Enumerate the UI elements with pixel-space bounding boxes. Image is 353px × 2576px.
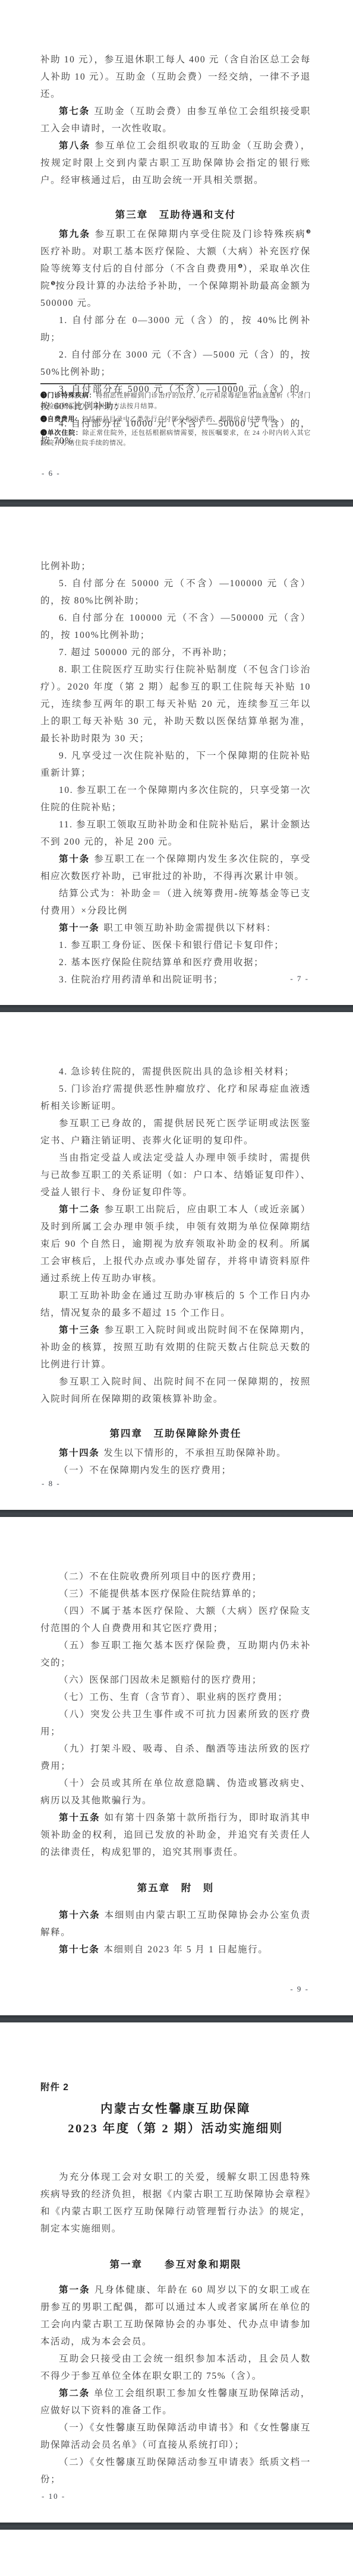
paragraph: 1. 参互职工身份证、医保卡和银行借记卡复印件；: [40, 937, 311, 954]
footnote-divider: [40, 383, 237, 384]
page-separator: [0, 500, 353, 507]
paragraph: 结算公式为：补助金＝（进入统筹费用-统筹基金等已支付费用）×分段比例: [40, 885, 311, 919]
chapter-heading: 第五章 附 则: [40, 1880, 311, 1897]
document-page-9: （二）不在住院收费所列项目中的医疗费用；（三）不能提供基本医疗保险住院结算单的；…: [0, 1517, 353, 2015]
paragraph: 补助 10 元），参互退休职工每人 400 元（含自治区总工会每人补助 10 元…: [40, 51, 311, 103]
paragraph: 1. 自付部分在 0—3000 元（含）的，按 40%比例补助；: [40, 312, 311, 346]
article-lead: 第八条: [59, 141, 90, 151]
paragraph: 为充分体现工会对女职工的关爱，缓解女职工因患特殊疾病导致的经济负担，根据《内蒙古…: [40, 2169, 311, 2237]
footnote-term: ❹自费费用：: [40, 416, 82, 423]
paragraph: （四）不属于基本医疗保险、大额（大病）医疗保险支付范围的个人自费费用和其它医疗费…: [40, 1603, 311, 1637]
paragraph: （五）参互职工拖欠基本医疗保险费，互助期内仍未补交的；: [40, 1637, 311, 1671]
page-separator: [0, 1005, 353, 1012]
page-number: - 6 -: [42, 469, 61, 478]
paragraph: 参互职工已身故的，需提供居民死亡医学证明或法医鉴定书、户籍注销证明、丧葬火化证明…: [40, 1115, 311, 1149]
paragraph: 第二条单位工会组织职工参加女性馨康互助保障活动，应做好以下资料的准备工作。: [40, 2385, 311, 2419]
paragraph: （六）医保部门因故未足额赔付的医疗费用；: [40, 1671, 311, 1689]
document-title: 内蒙古女性馨康互助保障: [40, 2100, 311, 2119]
paragraph: （九）打架斗殴、吸毒、自杀、酗酒等违法所致的医疗费用；: [40, 1740, 311, 1775]
chapter-heading: 第四章 互助保障除外责任: [40, 1426, 311, 1443]
paragraph: 11. 参互职工领取互助补助金和住院补贴后，累计金额达不到 200 元的，补足 …: [40, 816, 311, 851]
paragraph: 3. 住院治疗用药清单和出院证明书；: [40, 971, 311, 988]
paragraph: （七）工伤、生育（含节育）、职业病的医疗费用；: [40, 1689, 311, 1706]
footnote-ref: ❺: [51, 280, 55, 286]
paragraph: 第十三条参互职工入院时间或出院时间不在保障期内，补助金的核算，按照互助有效期的住…: [40, 1322, 311, 1373]
paragraph: 第十七条本细则自 2023 年 5 月 1 日起施行。: [40, 1941, 311, 1958]
paragraph: 第十条参互职工在一个保障期内发生多次住院的，享受相应次数医疗补助，已审批过的补助…: [40, 851, 311, 885]
paragraph: 第十二条参互职工出院后，应由职工本人（或近亲属）及时到所属工会办理申领手续，申领…: [40, 1201, 311, 1287]
article-lead: 第七条: [59, 106, 90, 116]
footnote-term: ❸门诊特殊疾病：: [40, 392, 96, 399]
chapter-heading: 第三章 互助待遇和支付: [40, 207, 311, 224]
paragraph: 5. 门诊治疗需提供恶性肿瘤放疗、化疗和尿毒症血液透析相关诊断证明。: [40, 1080, 311, 1115]
page-separator: [0, 1510, 353, 1517]
paragraph: 第十四条发生以下情形的，不承担互助保障补助。: [40, 1445, 311, 1462]
document-page-10: 附件 2内蒙古女性馨康互助保障2023 年度（第 2 期）活动实施细则为充分体现…: [0, 2022, 353, 2523]
document-viewer: 补助 10 元），参互退休职工每人 400 元（含自治区总工会每人补助 10 元…: [0, 0, 353, 2576]
page-separator: [0, 2523, 353, 2530]
paragraph: 4. 急诊转住院的，需提供医院出具的急诊相关材料；: [40, 1063, 311, 1080]
paragraph: 第九条参互职工在保障期内享受住院及门诊特殊疾病❸医疗补助。对职工基本医疗保险、大…: [40, 226, 311, 312]
paragraph: （一）不在保障期内发生的医疗费用；: [40, 1462, 311, 1479]
paragraph: 2. 自付部分在 3000 元（不含）—5000 元（含）的，按 50%比例补助…: [40, 346, 311, 381]
paragraph: 第十六条本细则由内蒙古职工互助保障协会办公室负责解释。: [40, 1907, 311, 1941]
article-lead: 第十条: [59, 854, 90, 864]
article-lead: 第十一条: [59, 923, 99, 933]
article-lead: 第十四条: [59, 1448, 99, 1458]
paragraph: 互助会只接受由工会统一组织参加本活动，且会员人数不得少于参互单位全体在职女职工的…: [40, 2350, 311, 2385]
footnote-ref: ❸: [306, 229, 311, 235]
article-lead: 第十三条: [59, 1325, 100, 1335]
page-number: - 8 -: [42, 1479, 61, 1488]
attachment-label: 附件 2: [40, 2081, 311, 2095]
article-lead: 第一条: [59, 2285, 90, 2295]
article-lead: 第十五条: [59, 1813, 100, 1823]
paragraph: （八）突发公共卫生事件或不可抗力因素所致的医疗费用；: [40, 1706, 311, 1740]
article-lead: 第十二条: [59, 1205, 100, 1215]
footnotes: ❸门诊特殊疾病：特指恶性肿瘤到门诊治疗的放疗、化疗和尿毒症患者血液透析（不含门诊…: [40, 383, 311, 452]
article-lead: 第九条: [59, 229, 90, 239]
footnote: ❺单次住院：除正常住院外，还包括根据病情需要，按医嘱要求，在 24 小时内转入其…: [40, 428, 311, 449]
footnote: ❹自费费用：包括药品目录中乙类先行自付部分和丙类药、超限价自付等费用。: [40, 415, 311, 425]
paragraph: 7. 超过 500000 元的部分，不再补助；: [40, 644, 311, 661]
paragraph: （二）不在住院收费所列项目中的医疗费用；: [40, 1568, 311, 1585]
footnote-term: ❺单次住院：: [40, 429, 83, 437]
paragraph: 第十一条职工申领互助补助金需提供以下材料：: [40, 919, 311, 937]
page-number: - 9 -: [290, 1984, 309, 1994]
paragraph: 第七条互助金（互助会费）由参互单位工会组织接受职工入会申请时，一次性收取。: [40, 103, 311, 137]
page-separator: [0, 2015, 353, 2022]
next-page-top: [0, 2530, 353, 2576]
document-page-6: 补助 10 元），参互退休职工每人 400 元（含自治区总工会每人补助 10 元…: [0, 0, 353, 500]
footnote-ref: ❹: [238, 263, 242, 269]
paragraph: （三）不能提供基本医疗保险住院结算单的；: [40, 1585, 311, 1603]
page-number: - 7 -: [290, 974, 309, 984]
paragraph: 参互职工入院时间、出院时间不在同一保障期的，按照入院时间所在保障期的政策核算补助…: [40, 1373, 311, 1408]
article-lead: 第十七条: [59, 1945, 99, 1955]
paragraph: 职工互助补助金在通过互助办审核后的 5 个工作日内办结，情况复杂的最多不超过 1…: [40, 1287, 311, 1322]
paragraph: 8. 职工住院医疗互助实行住院补贴制度（不包含门诊治疗）。2020 年度（第 2…: [40, 661, 311, 747]
document-page-7: 比例补助；5. 自付部分在 50000 元（不含）—100000 元（含）的，按…: [0, 507, 353, 1005]
page-number: - 10 -: [42, 2492, 65, 2501]
paragraph: 2. 基本医疗保险住院结算单和医疗费用收据；: [40, 954, 311, 971]
paragraph: 9. 凡享受过一次住院补贴的，下一个保障期的住院补贴重新计算；: [40, 747, 311, 782]
paragraph: 10. 参互职工在一个保障期内多次住院的，只享受第一次住院的住院补贴；: [40, 782, 311, 816]
footnote: ❸门诊特殊疾病：特指恶性肿瘤到门诊治疗的放疗、化疗和尿毒症患者血液透析（不含门诊…: [40, 391, 311, 412]
paragraph: 第八条参互单位工会组织收取的互助金（互助会费），按规定时限上交到内蒙古职工互助保…: [40, 137, 311, 189]
paragraph: 当由指定受益人或法定受益人办理申领手续时，需提供与已故参互职工的关系证明（如：户…: [40, 1149, 311, 1201]
paragraph: 5. 自付部分在 50000 元（不含）—100000 元（含）的，按 80%比…: [40, 575, 311, 609]
document-title: 2023 年度（第 2 期）活动实施细则: [40, 2119, 311, 2139]
paragraph: 第一条凡身体健康、年龄在 60 周岁以下的女职工或在册参互的男职工配偶，都可以通…: [40, 2281, 311, 2350]
paragraph: （十）会员或其所在单位故意隐瞒、伪造或篡改病史、病历以及其他欺骗行为。: [40, 1775, 311, 1809]
document-page-8: 4. 急诊转住院的，需提供医院出具的急诊相关材料；5. 门诊治疗需提供恶性肿瘤放…: [0, 1012, 353, 1510]
paragraph: （一）《女性馨康互助保障活动申请书》和《女性馨康互助保障活动会员名单》（可直接从…: [40, 2419, 311, 2454]
article-lead: 第十六条: [59, 1910, 100, 1920]
paragraph: （二）《女性馨康互助保障活动参互申请表》纸质文档一份；: [40, 2454, 311, 2488]
article-lead: 第二条: [59, 2388, 90, 2398]
paragraph: 6. 自付部分在 100000 元（不含）—500000 元（含）的，按 100…: [40, 609, 311, 644]
paragraph: 第十五条如有第十四条第十款所指行为，即时取消其申领补助金的权利，追回已发放的补助…: [40, 1809, 311, 1861]
chapter-heading: 第一章 参互对象和期限: [40, 2256, 311, 2274]
paragraph: 比例补助；: [40, 558, 311, 575]
